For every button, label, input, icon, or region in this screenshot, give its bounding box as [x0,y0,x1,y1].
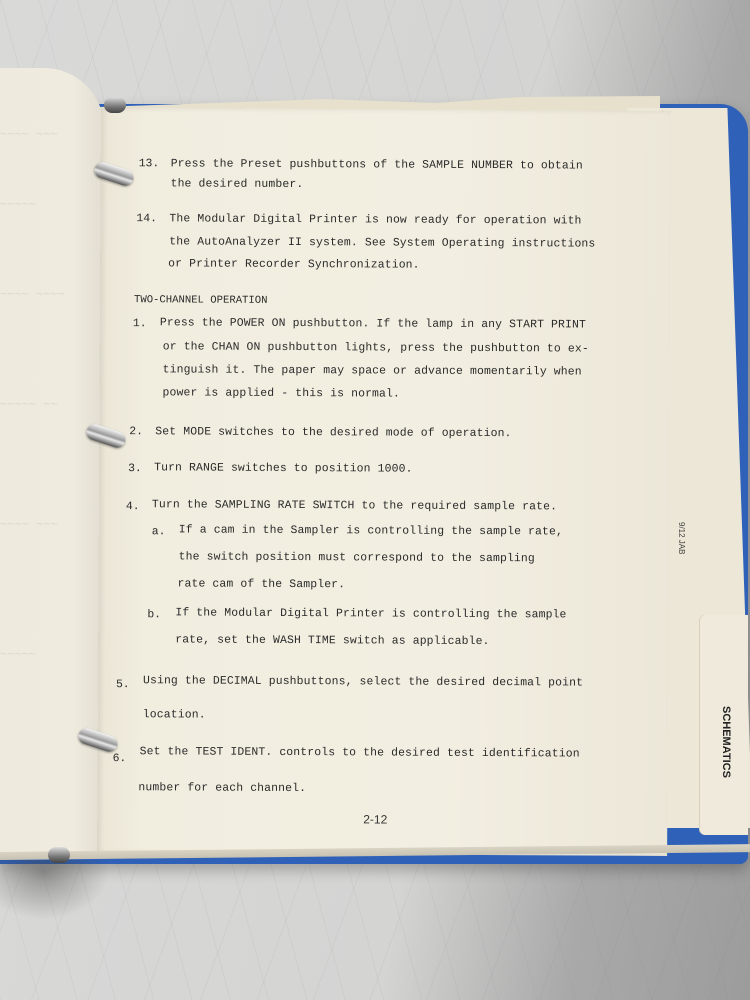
item-text: Press the Preset pushbuttons of the SAMP… [171,158,583,172]
step-number: 2. [129,426,143,438]
step-number: 6. [113,753,127,765]
schematics-tab-label: SCHEMATICS [720,706,732,746]
page-number: 2-12 [363,812,387,826]
bleed-through-text: ~~~~~ [0,198,36,212]
bleed-through-text: ~~~~~ ~~ [0,398,58,412]
step-text: Press the POWER ON pushbutton. If the la… [160,317,586,331]
section-heading: TWO-CHANNEL OPERATION [134,294,268,307]
step-number: 5. [116,679,130,691]
step-text: Using the DECIMAL pushbuttons, select th… [143,675,583,689]
item-number: 13. [139,158,160,170]
step-text: or the CHAN ON pushbutton lights, press … [163,341,589,355]
step-text: Set the TEST IDENT. controls to the desi… [140,746,580,760]
step-number: 3. [128,463,142,475]
bleed-through-text: ~~~~~ [0,648,36,662]
bleed-through-text: ~~~~ ~~~~ [0,288,65,302]
step-text: tinguish it. The paper may space or adva… [163,364,582,378]
step-number: 1. [133,318,147,330]
document-page: 13. Press the Preset pushbuttons of the … [97,108,671,856]
step-number: 4. [126,501,140,513]
binder-shadow [0,860,110,920]
substep-text: the switch position must correspond to t… [179,551,535,565]
substep-text: rate, set the WASH TIME switch as applic… [175,634,489,648]
margin-note: 9/12 JAB [677,522,686,554]
bleed-through-text: ~~~~ ~~~ [0,518,58,532]
step-text: location. [143,709,206,721]
substep-text: rate cam of the Sampler. [177,578,345,591]
binder-ring-top [104,97,126,113]
substep-text: If the Modular Digital Printer is contro… [175,607,566,621]
step-text: Turn RANGE switches to position 1000. [154,462,413,475]
binder-ring-bottom [48,847,70,863]
step-text: power is applied - this is normal. [162,387,400,400]
substep-text: If a cam in the Sampler is controlling t… [179,524,563,538]
item-text: the desired number. [171,178,304,191]
step-text: number for each channel. [138,782,306,795]
item-text: the AutoAnalyzer II system. See System O… [169,236,595,250]
item-text: or Printer Recorder Synchronization. [168,258,420,271]
item-number: 14. [136,213,157,225]
substep-letter: b. [147,609,161,621]
bleed-through-text: ~~~~ ~~~ [0,128,58,142]
substep-letter: a. [152,526,166,538]
step-text: Set MODE switches to the desired mode of… [155,426,511,440]
item-text: The Modular Digital Printer is now ready… [169,213,581,227]
step-text: Turn the SAMPLING RATE SWITCH to the req… [152,499,557,513]
